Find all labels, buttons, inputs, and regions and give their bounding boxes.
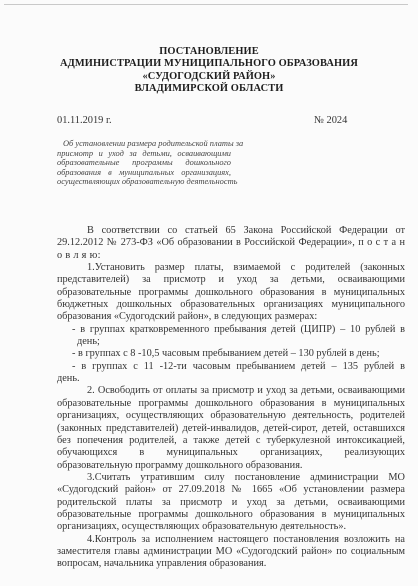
body-line: 4.Контроль за исполнением настоящего пос… bbox=[57, 534, 405, 546]
header-district: «СУДОГОДСКИЙ РАЙОН» bbox=[0, 71, 418, 83]
body-line: 2. Освободить от оплаты за присмотр и ух… bbox=[57, 385, 405, 397]
subject-line: образования в муниципальных организациях… bbox=[57, 168, 231, 178]
body-line: без попечения родителей, а также детей с… bbox=[57, 435, 405, 447]
document-date: 01.11.2019 г. bbox=[57, 115, 112, 126]
body-line: (законных представителей) детей-инвалидо… bbox=[57, 423, 405, 435]
subject-line: присмотр и уход за детьми, осваивающими bbox=[57, 149, 231, 159]
body-line: день. bbox=[57, 373, 405, 385]
body-line: 1.Установить размер платы, взимаемой с р… bbox=[57, 262, 405, 274]
body-line: вопросам, начальника управления образова… bbox=[57, 558, 405, 570]
body-line: организациях, осуществляющих образовател… bbox=[57, 521, 405, 533]
body-line: - в группах кратковременного пребывания … bbox=[57, 324, 405, 336]
body-line: образования «Судогодский район», в следу… bbox=[57, 311, 405, 323]
body-line: о в л я ю: bbox=[57, 250, 405, 262]
header-administration: АДМИНИСТРАЦИИ МУНИЦИПАЛЬНОГО ОБРАЗОВАНИЯ bbox=[0, 58, 418, 70]
subject-line: осуществляющих образовательную деятельно… bbox=[57, 177, 231, 187]
body-line: - в группах с 11 -12-ти часовым пребыван… bbox=[57, 361, 405, 373]
body-line: образовательные программы дошкольного об… bbox=[57, 398, 405, 410]
body-line: обучающихся в муниципальных организациях… bbox=[57, 447, 405, 459]
header-region: ВЛАДИМИРСКОЙ ОБЛАСТИ bbox=[0, 83, 418, 95]
body-line: - в группах с 8 -10,5 часовым пребывание… bbox=[57, 348, 405, 360]
document-subject: Об установлении размера родительской пла… bbox=[57, 139, 231, 187]
subject-line: Об установлении размера родительской пла… bbox=[57, 139, 231, 149]
body-line: день; bbox=[57, 336, 405, 348]
header-title: ПОСТАНОВЛЕНИЕ bbox=[0, 46, 418, 58]
scan-edge-line bbox=[4, 4, 408, 5]
body-line: 29.12.2012 № 273-ФЗ «Об образовании в Ро… bbox=[57, 237, 405, 249]
document-number: № 2024 bbox=[314, 115, 347, 126]
body-line: организациях, осуществляющих образовател… bbox=[57, 410, 405, 422]
body-line: В соответствии со статьей 65 Закона Росс… bbox=[57, 225, 405, 237]
document-header: ПОСТАНОВЛЕНИЕ АДМИНИСТРАЦИИ МУНИЦИПАЛЬНО… bbox=[0, 46, 418, 95]
body-line: образовательные программы дошкольного об… bbox=[57, 509, 405, 521]
body-line: образовательные программы дошкольного об… bbox=[57, 287, 405, 299]
body-line: образовательную программу дошкольного об… bbox=[57, 460, 405, 472]
body-line: «Судогодский район» от 27.09.2018 № 1665… bbox=[57, 484, 405, 496]
body-line: 3.Считать утратившим силу постановление … bbox=[57, 472, 405, 484]
body-line: бюджетных дошкольных образовательных орг… bbox=[57, 299, 405, 311]
document-body: В соответствии со статьей 65 Закона Росс… bbox=[57, 225, 405, 571]
body-line: родительской платы за присмотр и уход за… bbox=[57, 497, 405, 509]
subject-line: образовательные программы дошкольного bbox=[57, 158, 231, 168]
body-line: представителей) за присмотр и уход за де… bbox=[57, 274, 405, 286]
body-line: заместителя главы администрации МО «Судо… bbox=[57, 546, 405, 558]
